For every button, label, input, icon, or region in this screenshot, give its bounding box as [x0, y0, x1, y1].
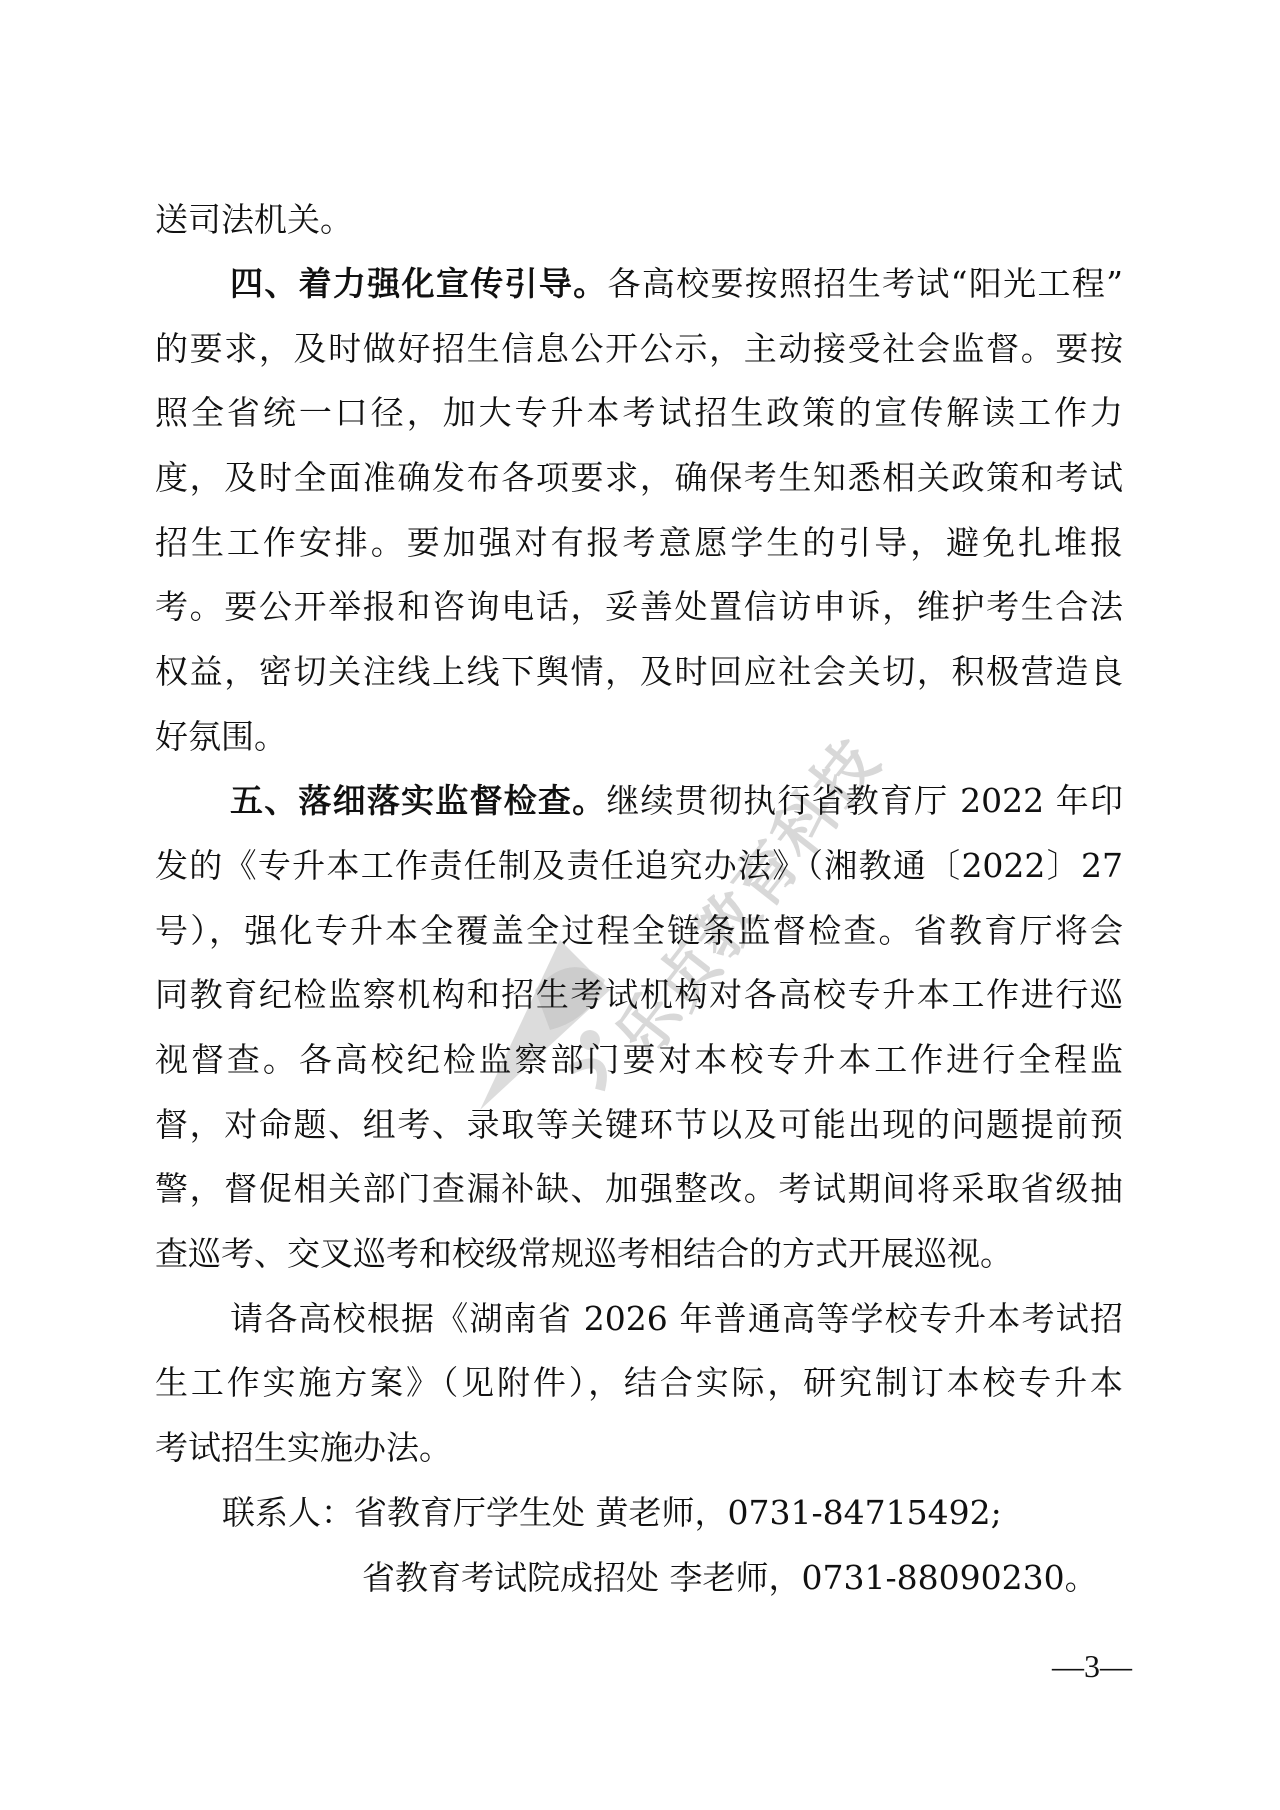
- line-text: 好氛围。: [155, 717, 287, 756]
- line-text: 同教育纪检监察机构和招生考试机构对各高校专升本工作进行巡: [155, 975, 1123, 1014]
- section-four-line: 四、着力强化宣传引导。各高校要按照招生考试“阳光工程”: [230, 252, 1123, 316]
- page-number: —3—: [1052, 1648, 1132, 1685]
- body-line: 度，及时全面准确发布各项要求，确保考生知悉相关政策和考试: [155, 446, 1123, 510]
- document-page: 乐贞教育科技 送司法机关。 四、着力强化宣传引导。各高校要按照招生考试“阳光工程…: [0, 0, 1280, 1810]
- body-line: 查巡考、交叉巡考和校级常规巡考相结合的方式开展巡视。: [155, 1222, 1123, 1286]
- body-line: 生工作实施方案》（见附件），结合实际，研究制订本校专升本: [155, 1351, 1123, 1415]
- line-text: 号），强化专升本全覆盖全过程全链条监督检查。省教育厅将会: [155, 911, 1123, 950]
- body-line: 警，督促相关部门查漏补缺、加强整改。考试期间将采取省级抽: [155, 1157, 1123, 1221]
- section-heading: 四、着力强化宣传引导。: [230, 264, 608, 303]
- body-line: 考。要公开举报和咨询电话，妥善处置信访申诉，维护考生合法: [155, 575, 1123, 639]
- body-line: 招生工作安排。要加强对有报考意愿学生的引导，避免扎堆报: [155, 511, 1123, 575]
- body-line: 好氛围。: [155, 705, 1123, 769]
- line-text: 各高校要按照招生考试“阳光工程”: [608, 264, 1124, 303]
- line-text: 照全省统一口径，加大专升本考试招生政策的宣传解读工作力: [155, 393, 1123, 432]
- contact-line-2: 省教育考试院成招处 李老师，0731-88090230。: [362, 1546, 1098, 1610]
- line-text: 请各高校根据《湖南省 2026 年普通高等学校专升本考试招: [230, 1299, 1123, 1338]
- body-line: 送司法机关。: [155, 188, 1123, 252]
- line-text: 发的《专升本工作责任制及责任追究办法》（湘教通〔2022〕27: [155, 846, 1123, 885]
- contact-label: 联系人：: [222, 1493, 354, 1532]
- body-line: 考试招生实施办法。: [155, 1416, 1123, 1480]
- line-text: 权益，密切关注线上线下舆情，及时回应社会关切，积极营造良: [155, 652, 1123, 691]
- body-line: 照全省统一口径，加大专升本考试招生政策的宣传解读工作力: [155, 381, 1123, 445]
- body-line: 发的《专升本工作责任制及责任追究办法》（湘教通〔2022〕27: [155, 834, 1123, 898]
- line-text: 的要求，及时做好招生信息公开公示，主动接受社会监督。要按: [155, 329, 1123, 368]
- body-line: 同教育纪检监察机构和招生考试机构对各高校专升本工作进行巡: [155, 963, 1123, 1027]
- contact-second: 省教育考试院成招处 李老师，0731-88090230。: [362, 1558, 1098, 1597]
- line-text: 生工作实施方案》（见附件），结合实际，研究制订本校专升本: [155, 1363, 1123, 1402]
- section-five-line: 五、落细落实监督检查。继续贯彻执行省教育厅 2022 年印: [230, 769, 1123, 833]
- line-text: 考试招生实施办法。: [155, 1428, 452, 1467]
- contact-line-1: 联系人：省教育厅学生处 黄老师，0731-84715492;: [222, 1481, 1002, 1545]
- line-text: 考。要公开举报和咨询电话，妥善处置信访申诉，维护考生合法: [155, 587, 1123, 626]
- line-text: 送司法机关。: [155, 200, 353, 239]
- body-line: 权益，密切关注线上线下舆情，及时回应社会关切，积极营造良: [155, 640, 1123, 704]
- body-line: 视督查。各高校纪检监察部门要对本校专升本工作进行全程监: [155, 1028, 1123, 1092]
- closing-paragraph-line: 请各高校根据《湖南省 2026 年普通高等学校专升本考试招: [230, 1287, 1123, 1351]
- contact-first: 省教育厅学生处 黄老师，0731-84715492;: [354, 1493, 1002, 1532]
- line-text: 度，及时全面准确发布各项要求，确保考生知悉相关政策和考试: [155, 458, 1123, 497]
- line-text: 视督查。各高校纪检监察部门要对本校专升本工作进行全程监: [155, 1040, 1123, 1079]
- line-text: 警，督促相关部门查漏补缺、加强整改。考试期间将采取省级抽: [155, 1169, 1123, 1208]
- line-text: 招生工作安排。要加强对有报考意愿学生的引导，避免扎堆报: [155, 523, 1123, 562]
- body-line: 的要求，及时做好招生信息公开公示，主动接受社会监督。要按: [155, 317, 1123, 381]
- line-text: 继续贯彻执行省教育厅 2022 年印: [606, 781, 1123, 820]
- section-heading: 五、落细落实监督检查。: [230, 781, 606, 820]
- line-text: 督，对命题、组考、录取等关键环节以及可能出现的问题提前预: [155, 1105, 1123, 1144]
- body-line: 号），强化专升本全覆盖全过程全链条监督检查。省教育厅将会: [155, 899, 1123, 963]
- line-text: 查巡考、交叉巡考和校级常规巡考相结合的方式开展巡视。: [155, 1234, 1013, 1273]
- body-line: 督，对命题、组考、录取等关键环节以及可能出现的问题提前预: [155, 1093, 1123, 1157]
